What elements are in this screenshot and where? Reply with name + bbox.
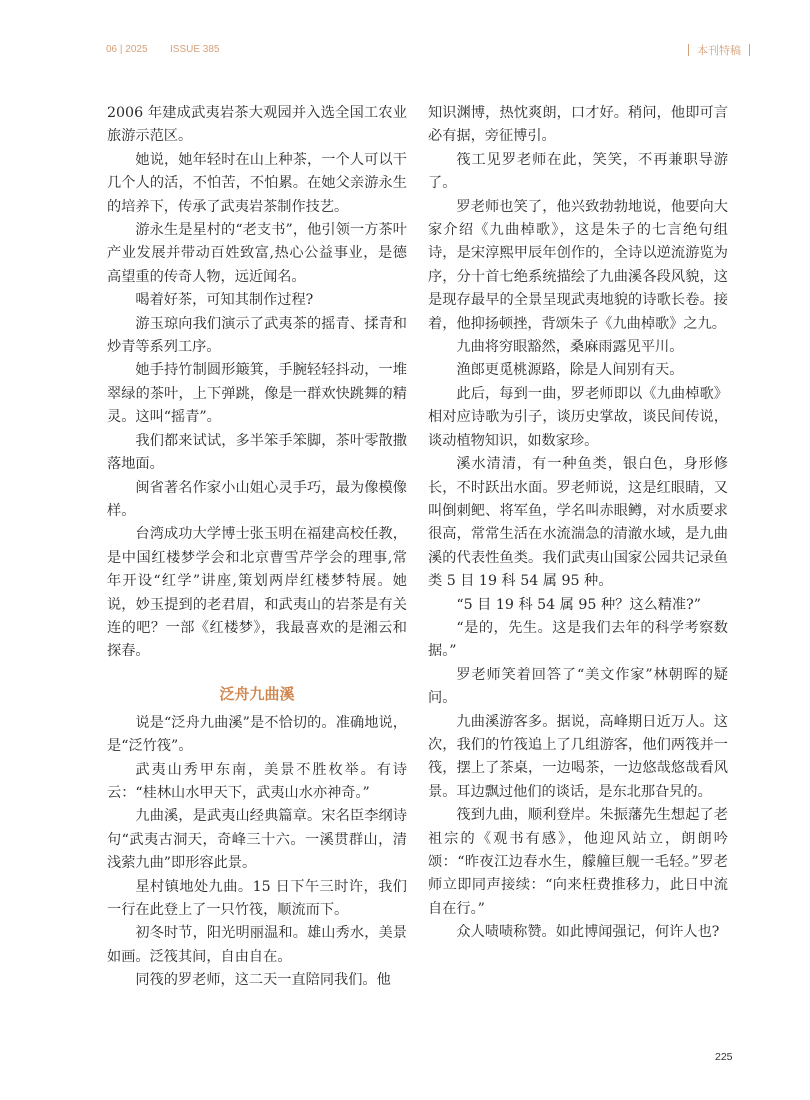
running-header: 06 | 2025 ISSUE 385 本刊特稿: [106, 40, 750, 60]
paragraph: 同筏的罗老师，这二天一直陪同我们。他: [107, 969, 407, 992]
paragraph: “5 目 19 科 54 属 95 种？这么精准?”: [428, 594, 728, 617]
paragraph: 说是“泛舟九曲溪”是不恰切的。准确地说，是“泛竹筏”。: [107, 712, 407, 759]
paragraph: 我们都来试试，多半笨手笨脚，茶叶零散撒落地面。: [107, 430, 407, 477]
paragraph: 台湾成功大学博士张玉明在福建高校任教，是中国红楼梦学会和北京曹雪芹学会的理事,常…: [107, 523, 407, 663]
paragraph: 闽省著名作家小山姐心灵手巧，最为像模像样。: [107, 477, 407, 524]
paragraph: 游玉琼向我们演示了武夷茶的摇青、揉青和炒青等系列工序。: [107, 313, 407, 360]
paragraph: 武夷山秀甲东南，美景不胜枚举。有诗云：“桂林山水甲天下，武夷山水亦神奇。”: [107, 759, 407, 806]
poem-line: 渔郎更觅桃源路，除是人间别有天。: [428, 359, 728, 382]
left-column: 2006 年建成武夷岩茶大观园并入选全国工农业旅游示范区。 她说，她年轻时在山上…: [107, 102, 407, 993]
issue-number: ISSUE 385: [170, 44, 219, 55]
paragraph: 游永生是星村的“老支书”，他引领一方茶叶产业发展并带动百姓致富,热心公益事业，是…: [107, 219, 407, 289]
paragraph: 她手持竹制圆形簸箕，手腕轻轻抖动，一堆翠绿的茶叶，上下弹跳，像是一群欢快跳舞的精…: [107, 359, 407, 429]
divider-bar-right: [749, 44, 750, 56]
paragraph: 众人啧啧称赞。如此博闻强记，何许人也?: [428, 921, 728, 944]
paragraph: 九曲溪，是武夷山经典篇章。宋名臣李纲诗句“武夷古洞天，奇峰三十六。一溪贯群山，清…: [107, 805, 407, 875]
poem-line: 九曲将穷眼豁然，桑麻雨露见平川。: [428, 336, 728, 359]
paragraph: 九曲溪游客多。据说，高峰期日近万人。这次，我们的竹筏追上了几组游客，他们两筏并一…: [428, 711, 728, 805]
paragraph: 她说，她年轻时在山上种茶，一个人可以干几个人的活，不怕苦，不怕累。在她父亲游永生…: [107, 149, 407, 219]
section-tag-label: 本刊特稿: [697, 42, 741, 58]
paragraph: 初冬时节，阳光明丽温和。雄山秀水，美景如画。泛筏其间，自由自在。: [107, 922, 407, 969]
right-column: 知识渊博，热忱爽朗，口才好。稍问，他即可言必有据，旁征博引。 筏工见罗老师在此，…: [428, 102, 728, 945]
paragraph: 喝着好茶，可知其制作过程?: [107, 289, 407, 312]
issue-date: 06 | 2025: [106, 44, 148, 55]
paragraph: 罗老师也笑了，他兴致勃勃地说，他要向大家介绍《九曲棹歌》，这是朱子的七言绝句组诗…: [428, 196, 728, 336]
paragraph: 知识渊博，热忱爽朗，口才好。稍问，他即可言必有据，旁征博引。: [428, 102, 728, 149]
paragraph: 溪水清清，有一种鱼类，银白色，身形修长，不时跃出水面。罗老师说，这是红眼睛，又叫…: [428, 453, 728, 593]
paragraph: 星村镇地处九曲。15 日下午三时许，我们一行在此登上了一只竹筏，顺流而下。: [107, 876, 407, 923]
paragraph: 2006 年建成武夷岩茶大观园并入选全国工农业旅游示范区。: [107, 102, 407, 149]
page-number: 225: [715, 1051, 733, 1063]
paragraph: 罗老师笑着回答了“美文作家”林朝晖的疑问。: [428, 664, 728, 711]
divider-bar-left: [688, 44, 689, 56]
paragraph: 筏工见罗老师在此，笑笑，不再兼职导游了。: [428, 149, 728, 196]
section-heading: 泛舟九曲溪: [107, 682, 407, 706]
paragraph: “是的，先生。这是我们去年的科学考察数据。”: [428, 617, 728, 664]
section-tag: 本刊特稿: [688, 42, 750, 58]
paragraph: 筏到九曲，顺利登岸。朱振藩先生想起了老祖宗的《观书有感》，他迎风站立，朗朗吟颂：…: [428, 804, 728, 921]
paragraph: 此后，每到一曲，罗老师即以《九曲棹歌》相对应诗歌为引子，谈历史掌故，谈民间传说，…: [428, 383, 728, 453]
